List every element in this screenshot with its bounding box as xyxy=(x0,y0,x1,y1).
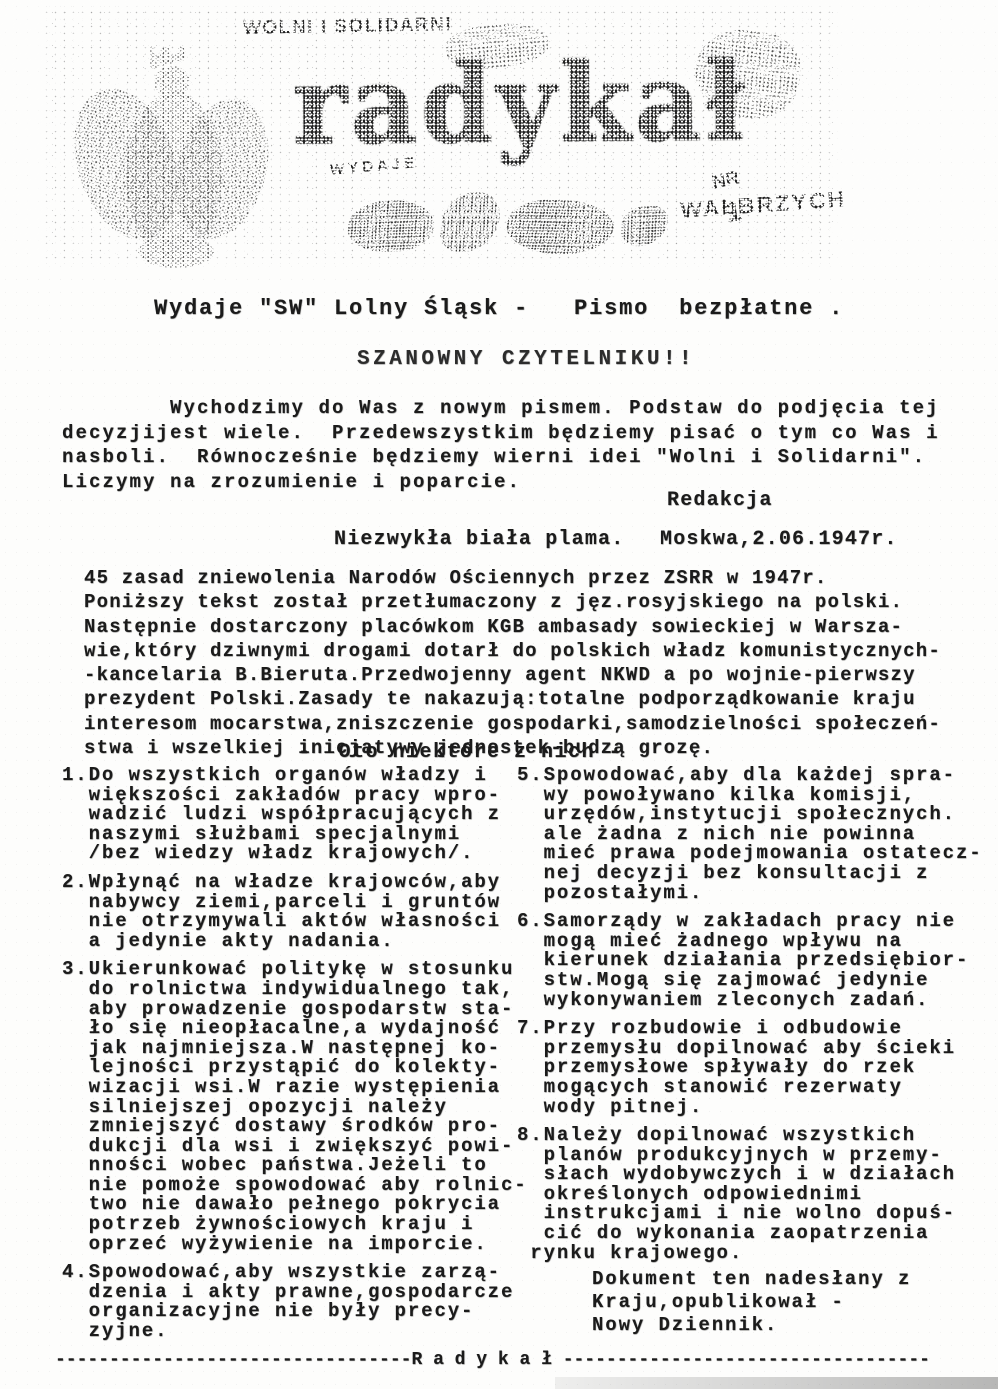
text-line: 6.Samorządy w zakładach pracy nie xyxy=(517,912,983,932)
text-line: lejności przystąpić do kolekty- xyxy=(62,1058,528,1078)
text-line: 5.Spowodować,aby dla każdej spra- xyxy=(517,766,983,786)
lead-paragraph: 45 zasad zniewolenia Narodów Ościennych … xyxy=(84,566,941,760)
text-line: mogących stanowić rezerwaty xyxy=(517,1078,983,1098)
text-line: rynku krajowego. xyxy=(517,1244,983,1264)
text-line: 7.Przy rozbudowie i odbudowie xyxy=(517,1019,983,1039)
text-line: wadzić ludzi współpracujących z xyxy=(62,805,528,825)
script-blob xyxy=(500,198,620,256)
text-line: potrzeb żywnościowych kraju i xyxy=(62,1215,528,1235)
column-left: 1.Do wszystkich organów władzy i większo… xyxy=(62,766,528,1342)
article-headline: Niezwykła biała plama. xyxy=(334,528,624,551)
footer-dashes-left: --------------------------------- xyxy=(55,1350,411,1370)
publisher-line: Wydaje "SW" Lolny Śląsk - Pismo bezpłatn… xyxy=(154,296,844,321)
text-line: Wychodzimy do Was z nowym pismem. Podsta… xyxy=(62,396,940,421)
text-line: 1.Do wszystkich organów władzy i xyxy=(62,766,528,786)
text-line: wie,który dziwnymi drogami dotarł do pol… xyxy=(84,639,941,663)
text-line: pozostałymi. xyxy=(517,884,983,904)
text-line: Liczymy na zrozumienie i poparcie. xyxy=(62,470,940,495)
text-line: zmniejszyć dostawy środków pro- xyxy=(62,1117,528,1137)
text-line: stw.Mogą się zajmować jedynie xyxy=(517,971,983,991)
masthead-title: radykał xyxy=(292,48,748,160)
intro-paragraph: Wychodzimy do Was z nowym pismem. Podsta… xyxy=(62,396,940,494)
article-dateline: Moskwa,2.06.1947r. xyxy=(660,528,898,551)
text-line: 4.Spowodować,aby wszystkie zarzą- xyxy=(62,1263,528,1283)
footer-rule: ---------------------------------R a d y… xyxy=(55,1350,930,1370)
text-line: nie otrzymywali aktów własności xyxy=(62,912,528,932)
text-line: 2.Wpłynąć na władze krajowców,aby xyxy=(62,873,528,893)
text-line: nasboli. Równocześnie będziemy wierni id… xyxy=(62,445,940,470)
text-line: nności wobec państwa.Jeżeli to xyxy=(62,1156,528,1176)
masthead-slogan: WOLNI I SOLIDARNI xyxy=(243,14,453,40)
text-line: a jedynie akty nadania. xyxy=(62,932,528,952)
text-line: interesom mocarstwa,zniszczenie gospodar… xyxy=(84,712,941,736)
text-line: prezydent Polski.Zasady te nakazują:tota… xyxy=(84,687,941,711)
text-line: oprzeć wyżywienie na imporcie. xyxy=(62,1235,528,1255)
text-line: nej decyzji bez konsultacji z xyxy=(517,864,983,884)
text-line: decyzjijest wiele. Przedewszystkim będzi… xyxy=(62,421,940,446)
text-line: kierunek działania przedsiębior- xyxy=(517,951,983,971)
masthead: WOLNI I SOLIDARNI radykał WYDAJE WAŁBRZY… xyxy=(0,0,998,268)
text-line: Dokument ten nadesłany z xyxy=(592,1268,911,1291)
text-line: wody pitnej. xyxy=(517,1098,983,1118)
text-line: /bez wiedzy władz krajowych/. xyxy=(62,844,528,864)
text-line: Następnie dostarczony placówkom KGB amba… xyxy=(84,615,941,639)
text-line: 8.Należy dopilnować wszystkich xyxy=(517,1126,983,1146)
text-line: Kraju,opublikował - xyxy=(592,1291,911,1314)
text-line: 45 zasad zniewolenia Narodów Ościennych … xyxy=(84,566,941,590)
text-line: Poniższy tekst został przetłumaczony z j… xyxy=(84,590,941,614)
text-line: Nowy Dziennik. xyxy=(592,1314,911,1337)
text-line: zyjne. xyxy=(62,1322,528,1342)
masthead-city: WAŁBRZYCH xyxy=(679,186,847,224)
script-blob xyxy=(619,204,668,247)
column-right: 5.Spowodować,aby dla każdej spra- wy pow… xyxy=(517,766,983,1263)
script-blob xyxy=(344,198,437,254)
text-line: wykonywaniem zleconych zadań. xyxy=(517,991,983,1011)
text-line: urzędów,instytucji społecznych. xyxy=(517,805,983,825)
text-line: przemysłowe spływały do rzek xyxy=(517,1058,983,1078)
text-line: wizacji wsi.W razie występienia xyxy=(62,1078,528,1098)
text-line: -kancelaria B.Bieruta.Przedwojenny agent… xyxy=(84,663,941,687)
list-subheading: - Oto niektóre z nich - xyxy=(298,741,622,764)
illegible-script-stamp-icon xyxy=(348,186,693,266)
issue-label: NR xyxy=(710,167,741,194)
closing-note: Dokument ten nadesłany zKraju,opublikowa… xyxy=(592,1268,911,1337)
editorial-signature: Redakcja xyxy=(667,489,773,512)
footer-title: R a d y k a ł xyxy=(411,1350,562,1370)
text-line: słach wydobywczych i w działach xyxy=(517,1165,983,1185)
document-page: WOLNI I SOLIDARNI radykał WYDAJE WAŁBRZY… xyxy=(0,0,998,1389)
eagle-emblem-icon xyxy=(62,24,302,274)
salutation-heading: SZANOWNY CZYTELNIKU!! xyxy=(357,348,695,371)
scan-edge-smudge xyxy=(555,1377,998,1389)
footer-dashes-right: ---------------------------------- xyxy=(563,1350,930,1370)
text-line: 3.Ukierunkować politykę w stosunku xyxy=(62,960,528,980)
text-line: do rolnictwa indywidualnego tak, xyxy=(62,980,528,1000)
text-line: cić do wykonania zaopatrzenia xyxy=(517,1224,983,1244)
script-blob xyxy=(437,192,503,252)
text-line: ło się nieopłacalne,a wydajność xyxy=(62,1019,528,1039)
